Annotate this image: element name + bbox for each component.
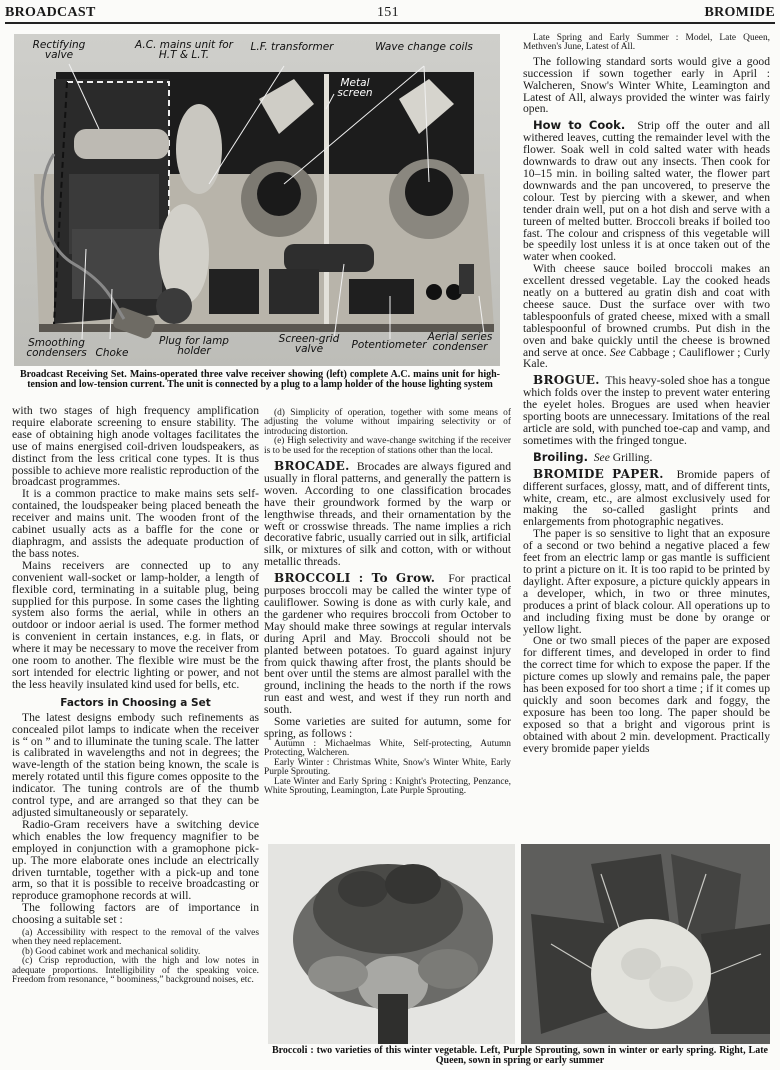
paragraph: Mains receivers are connected up to any … — [12, 560, 259, 691]
label-smoothing-condensers: Smoothing condensers — [24, 338, 89, 358]
main-figure-caption: Broadcast Receiving Set. Mains-operated … — [20, 370, 500, 389]
label-rectifying-valve: Rectifying valve — [24, 40, 94, 60]
broccoli-figure-caption: Broccoli : two varieties of this winter … — [272, 1046, 768, 1065]
headword-how-to-cook: How to Cook. — [533, 118, 625, 132]
entry-bromide-paper: BROMIDE PAPER. Bromide papers of differe… — [523, 469, 770, 529]
factor-item: (d) Simplicity of operation, together wi… — [264, 409, 511, 437]
paragraph: Some varieties are suited for autumn, so… — [264, 716, 511, 740]
headword-brocade: BROCADE. — [274, 459, 350, 473]
paragraph-cheese-sauce: With cheese sauce boiled broccoli makes … — [523, 263, 770, 370]
entry-text: Brocades are always figured and usually … — [264, 460, 511, 568]
running-head-left: BROADCAST — [5, 5, 96, 21]
entry-brocade: BROCADE. Brocades are always figured and… — [264, 461, 511, 568]
entry-broiling: Broiling. See Grilling. — [523, 452, 770, 464]
variety-item: Late Spring and Early Summer : Model, La… — [523, 34, 770, 53]
entry-text: Strip off the outer and all withered lea… — [523, 119, 770, 263]
column-left: with two stages of high frequency amplif… — [12, 405, 259, 986]
entry-broccoli: BROCCOLI : To Grow. For practical purpos… — [264, 573, 511, 716]
paragraph: The following factors are of importance … — [12, 902, 259, 926]
label-ac-mains-unit: A.C. mains unit for H.T & L.T. — [134, 40, 234, 60]
purple-sprouting-illustration — [268, 844, 515, 1044]
headword-brogue: BROGUE. — [533, 373, 600, 387]
factor-item: (c) Crisp reproduction, with the high an… — [12, 957, 259, 985]
broadcast-receiver-photo: Rectifying valve A.C. mains unit for H.T… — [14, 34, 500, 366]
label-plug-for-lamp-holder: Plug for lamp holder — [159, 336, 229, 356]
label-lf-transformer: L.F. transformer — [242, 42, 342, 52]
see-reference: See — [594, 451, 610, 464]
headword-broccoli: BROCCOLI : To Grow. — [274, 571, 435, 585]
entry-text: For practical purposes broccoli may be c… — [264, 572, 511, 716]
receiver-illustration — [14, 34, 500, 366]
label-aerial-series-condenser: Aerial series condenser — [424, 332, 496, 352]
column-right: Late Spring and Early Summer : Model, La… — [523, 34, 770, 754]
entry-brogue: BROGUE. This heavy-soled shoe has a tong… — [523, 375, 770, 446]
paragraph: One or two small pieces of the paper are… — [523, 635, 770, 754]
label-choke: Choke — [92, 348, 132, 358]
late-queen-illustration — [521, 844, 770, 1044]
label-screen-grid-valve: Screen-grid valve — [274, 334, 344, 354]
see-reference: See — [610, 346, 626, 359]
paragraph: It is a common practice to make mains se… — [12, 488, 259, 559]
running-head-right: BROMIDE — [704, 5, 775, 21]
factor-item: (a) Accessibility with respect to the re… — [12, 929, 259, 948]
paragraph: with two stages of high frequency amplif… — [12, 405, 259, 488]
entry-how-to-cook: How to Cook. Strip off the outer and all… — [523, 120, 770, 263]
variety-item: Autumn : Michaelmas White, Self-protecti… — [264, 740, 511, 759]
variety-item: Early Winter : Christmas White, Snow's W… — [264, 759, 511, 778]
variety-item: Late Winter and Early Spring : Knight's … — [264, 778, 511, 797]
factor-item: (e) High selectivity and wave-change swi… — [264, 437, 511, 456]
subheading-factors: Factors in Choosing a Set — [12, 697, 259, 709]
headword-bromide-paper: BROMIDE PAPER. — [533, 467, 664, 481]
paragraph: The latest designs embody such refinemen… — [12, 712, 259, 819]
column-middle: (d) Simplicity of operation, together wi… — [264, 409, 511, 796]
headword-broiling: Broiling. — [533, 450, 588, 464]
late-queen-broccoli-photo — [521, 844, 770, 1044]
cross-reference: Grilling. — [613, 451, 653, 464]
purple-sprouting-broccoli-photo — [268, 844, 515, 1044]
label-potentiometer: Potentiometer — [349, 340, 429, 350]
paragraph: The following standard sorts would give … — [523, 56, 770, 116]
running-head: BROADCAST 151 BROMIDE — [5, 4, 775, 24]
label-metal-screen: Metal screen — [332, 78, 378, 98]
paragraph: The paper is so sensitive to light that … — [523, 528, 770, 635]
page-number: 151 — [377, 5, 399, 21]
label-wave-change-coils: Wave change coils — [369, 42, 479, 52]
paragraph: Radio-Gram receivers have a switching de… — [12, 819, 259, 902]
